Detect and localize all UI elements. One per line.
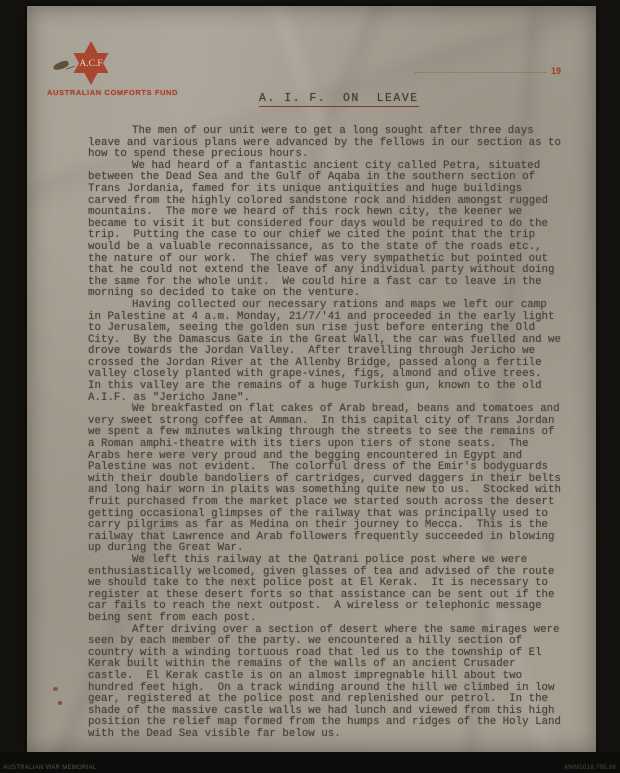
archive-bar: AUSTRALIAN WAR MEMORIAL AWM2018.795.98 — [0, 752, 620, 773]
paragraph: We breakfasted on flat cakes of Arab bre… — [88, 404, 566, 555]
page-number-rule — [415, 72, 547, 73]
paragraph: After driving over a section of desert w… — [88, 625, 566, 741]
paragraph: Having collected our necessary rations a… — [88, 300, 566, 404]
org-name: AUSTRALIAN COMFORTS FUND — [47, 88, 227, 97]
paper-speck — [58, 701, 62, 705]
paragraph: We left this railway at the Qatrani poli… — [88, 555, 566, 625]
paragraph: We had heard of a fantastic ancient city… — [88, 161, 566, 300]
page-number: 19 — [551, 66, 561, 76]
archive-right-label: AWM2018.795.98 — [564, 765, 616, 771]
archive-left-label: AUSTRALIAN WAR MEMORIAL — [3, 765, 97, 771]
document-body: The men of our unit were to get a long s… — [88, 126, 566, 740]
document-title: A. I. F. ON LEAVE — [259, 92, 419, 107]
paragraph: The men of our unit were to get a long s… — [88, 126, 566, 161]
scan-background: A.C.F AUSTRALIAN COMFORTS FUND 19 A. I. … — [0, 0, 620, 773]
document-page: A.C.F AUSTRALIAN COMFORTS FUND 19 A. I. … — [27, 6, 596, 752]
acf-monogram: A.C.F — [79, 59, 102, 69]
ink-smudge — [52, 60, 69, 72]
paper-speck — [53, 687, 58, 691]
acf-star-icon: A.C.F — [71, 40, 111, 86]
